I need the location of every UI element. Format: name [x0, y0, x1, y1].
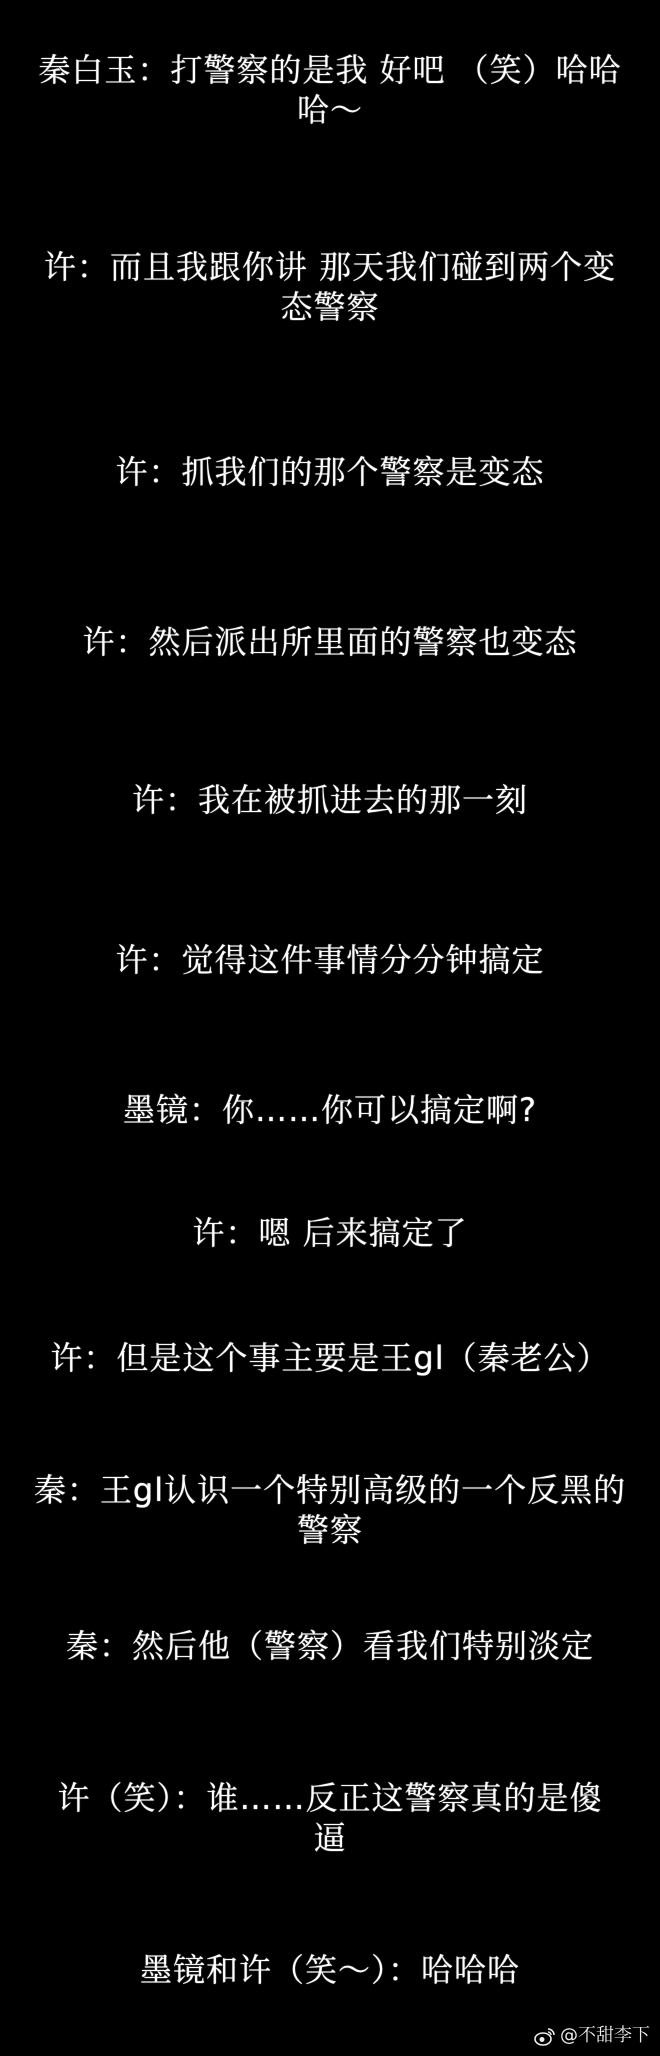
subtitle-line: 许：抓我们的那个警察是变态 [0, 452, 660, 492]
subtitle-line: 许：而且我跟你讲 那天我们碰到两个变 态警察 [0, 247, 660, 327]
weibo-icon [534, 2026, 556, 2046]
watermark-text: @不甜李下 [560, 2024, 650, 2048]
subtitle-line: 秦：然后他（警察）看我们特别淡定 [0, 1626, 660, 1666]
subtitle-line: 许：觉得这件事情分分钟搞定 [0, 940, 660, 980]
subtitle-line: 秦：王gl认识一个特别高级的一个反黑的 警察 [0, 1470, 660, 1550]
subtitle-line: 秦白玉：打警察的是我 好吧 （笑）哈哈 哈～ [0, 50, 660, 130]
subtitle-line: 许：嗯 后来搞定了 [0, 1213, 660, 1253]
subtitle-line: 许（笑）：谁……反正这警察真的是傻 逼 [0, 1778, 660, 1858]
subtitle-line: 许：然后派出所里面的警察也变态 [0, 622, 660, 662]
subtitle-line: 许：我在被抓进去的那一刻 [0, 780, 660, 820]
watermark: @不甜李下 [534, 2024, 650, 2048]
subtitle-line: 墨镜：你……你可以搞定啊? [0, 1090, 660, 1130]
subtitle-line: 墨镜和许（笑～）：哈哈哈 [0, 1950, 660, 1990]
subtitle-line: 许：但是这个事主要是王gl（秦老公） [0, 1338, 660, 1378]
